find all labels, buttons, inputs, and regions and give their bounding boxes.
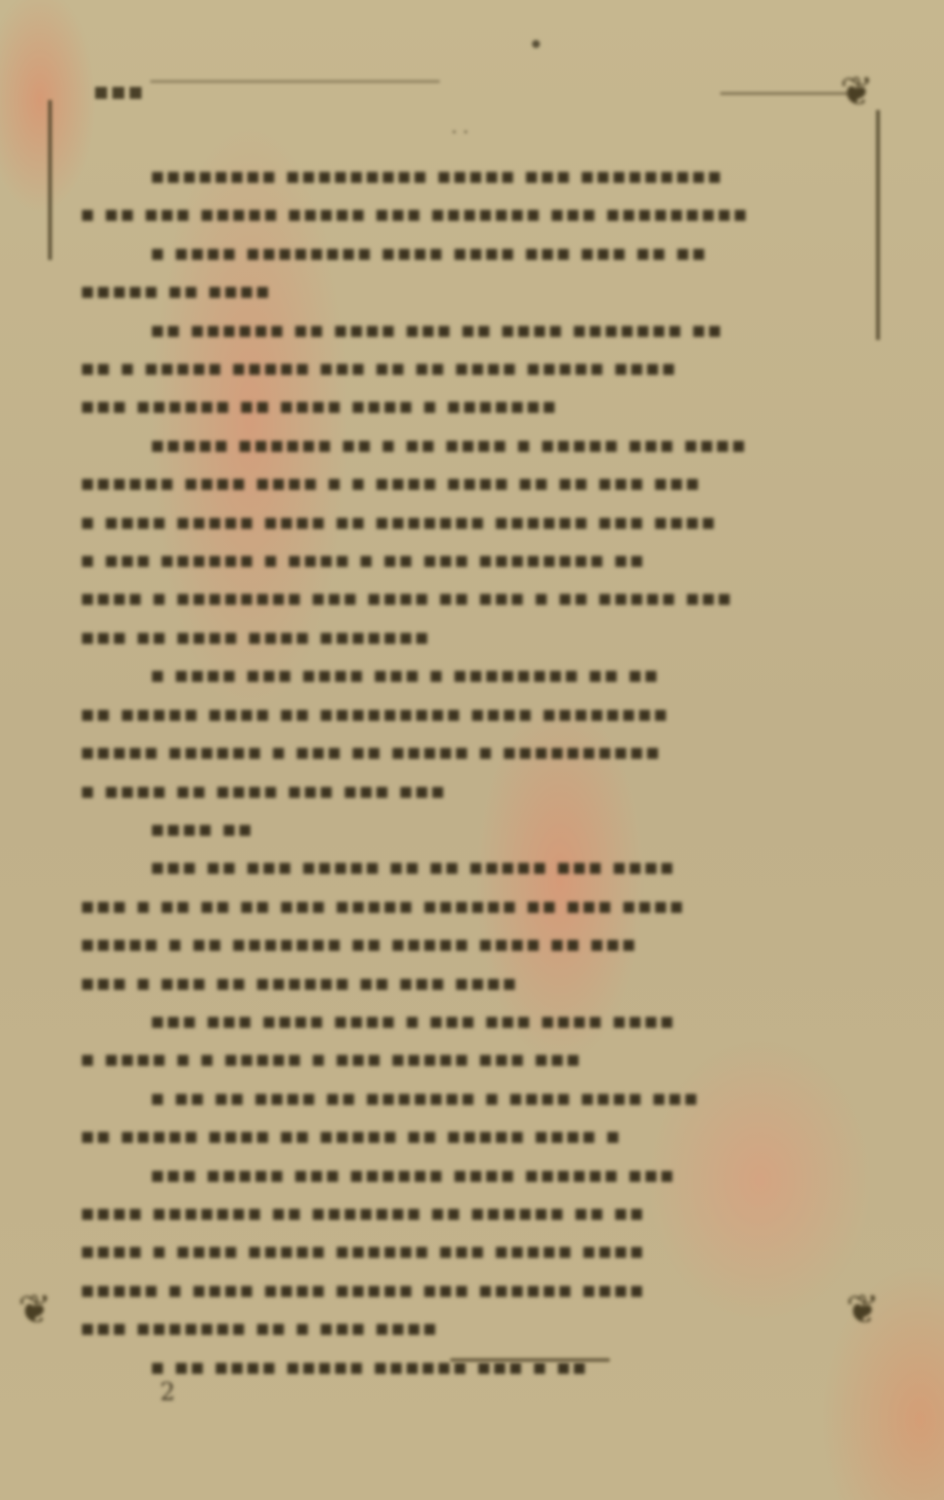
text-line: ▪▪▪▪▪▪▪▪ ▪▪▪▪▪▪▪▪▪ ▪▪▪▪▪ ▪▪▪ ▪▪▪▪▪▪▪▪▪ bbox=[80, 158, 840, 196]
text-line: ▪▪ ▪▪▪▪▪ ▪▪▪▪ ▪▪ ▪▪▪▪▪▪▪▪▪ ▪▪▪▪ ▪▪▪▪▪▪▪▪ bbox=[80, 696, 840, 734]
text-line: ▪▪▪ ▪▪▪▪▪▪▪ ▪▪ ▪ ▪▪▪ ▪▪▪▪ bbox=[80, 1310, 840, 1348]
text-line: ▪▪ ▪▪▪▪▪▪ ▪▪ ▪▪▪▪ ▪▪▪ ▪▪ ▪▪▪▪ ▪▪▪▪▪▪▪ ▪▪ bbox=[80, 312, 840, 350]
text-line: ▪▪▪ ▪▪▪ ▪▪▪▪ ▪▪▪▪ ▪ ▪▪▪ ▪▪▪ ▪▪▪▪ ▪▪▪▪ bbox=[80, 1003, 840, 1041]
text-line: ▪▪▪▪ ▪▪ bbox=[80, 811, 840, 849]
header-rule-left bbox=[150, 80, 440, 83]
text-line: ▪ ▪▪▪ ▪▪▪▪▪▪ ▪ ▪▪▪▪ ▪ ▪▪ ▪▪▪ ▪▪▪▪▪▪▪▪ ▪▪ bbox=[80, 542, 840, 580]
text-line: ▪▪▪ ▪▪▪▪▪▪ ▪▪ ▪▪▪▪ ▪▪▪▪ ▪ ▪▪▪▪▪▪▪ bbox=[80, 388, 840, 426]
section-heading: · · bbox=[400, 122, 520, 143]
text-line: ▪▪▪ ▪▪ ▪▪▪ ▪▪▪▪▪ ▪▪ ▪▪ ▪▪▪▪▪ ▪▪▪ ▪▪▪▪ bbox=[80, 849, 840, 887]
text-line: ▪▪▪▪▪ ▪▪▪▪▪▪ ▪ ▪▪▪ ▪▪ ▪▪▪▪▪ ▪ ▪▪▪▪▪▪▪▪▪▪ bbox=[80, 734, 840, 772]
text-line: ▪ ▪▪▪▪ ▪▪▪▪▪▪▪▪ ▪▪▪▪ ▪▪▪▪ ▪▪▪ ▪▪▪ ▪▪ ▪▪ bbox=[80, 235, 840, 273]
text-line: ▪▪▪▪ ▪▪▪▪▪▪▪ ▪▪ ▪▪▪▪▪▪▪ ▪▪ ▪▪▪▪▪▪ ▪▪ ▪▪ bbox=[80, 1195, 840, 1233]
text-line: ▪▪▪ ▪▪ ▪▪▪▪ ▪▪▪▪ ▪▪▪▪▪▪▪ bbox=[80, 619, 840, 657]
text-line: ▪ ▪▪ ▪▪ ▪▪▪▪ ▪▪ ▪▪▪▪▪▪▪ ▪ ▪▪▪▪ ▪▪▪▪ ▪▪▪ bbox=[80, 1080, 840, 1118]
border-right bbox=[876, 110, 880, 340]
text-line: ▪▪ ▪ ▪▪▪▪▪ ▪▪▪▪▪ ▪▪▪ ▪▪ ▪▪ ▪▪▪▪ ▪▪▪▪▪ ▪▪… bbox=[80, 350, 840, 388]
text-line: ▪▪ ▪▪▪▪▪ ▪▪▪▪ ▪▪ ▪▪▪▪▪ ▪▪ ▪▪▪▪▪ ▪▪▪▪ ▪ bbox=[80, 1118, 840, 1156]
text-line: ▪▪▪▪ ▪ ▪▪▪▪ ▪▪▪▪▪ ▪▪▪▪▪▪ ▪▪▪ ▪▪▪▪▪ ▪▪▪▪ bbox=[80, 1233, 840, 1271]
header-rule-right bbox=[720, 92, 850, 95]
text-line: ▪▪▪▪▪ ▪▪▪▪▪▪ ▪▪ ▪ ▪▪ ▪▪▪▪ ▪ ▪▪▪▪▪ ▪▪▪ ▪▪… bbox=[80, 427, 840, 465]
footer-rule bbox=[450, 1358, 610, 1362]
corner-ornament-icon: ❦ bbox=[846, 1290, 880, 1330]
border-left bbox=[48, 100, 52, 260]
text-line: ▪▪▪ ▪▪▪▪▪ ▪▪▪ ▪▪▪▪▪▪ ▪▪▪▪ ▪▪▪▪▪▪ ▪▪▪ bbox=[80, 1157, 840, 1195]
corner-ornament-icon: ❦ bbox=[18, 1290, 52, 1330]
corner-ornament-icon: ❦ bbox=[840, 72, 874, 112]
page-signature: 2 bbox=[160, 1378, 175, 1406]
text-line: ▪ ▪▪▪▪ ▪ ▪ ▪▪▪▪▪ ▪ ▪▪▪ ▪▪▪▪▪ ▪▪▪ ▪▪▪ bbox=[80, 1041, 840, 1079]
text-line: ▪▪▪▪▪ ▪ ▪▪ ▪▪▪▪▪▪▪ ▪▪ ▪▪▪▪▪ ▪▪▪▪ ▪▪ ▪▪▪ bbox=[80, 926, 840, 964]
text-line: ▪ ▪▪▪▪ ▪▪ ▪▪▪▪ ▪▪▪ ▪▪▪ ▪▪▪ bbox=[80, 773, 840, 811]
top-mark bbox=[532, 40, 540, 48]
text-line: ▪▪▪▪ ▪ ▪▪▪▪▪▪▪▪ ▪▪▪ ▪▪▪▪ ▪▪ ▪▪▪ ▪ ▪▪ ▪▪▪… bbox=[80, 580, 840, 618]
text-line: ▪▪▪▪▪▪ ▪▪▪▪ ▪▪▪▪ ▪ ▪ ▪▪▪▪ ▪▪▪▪ ▪▪ ▪▪ ▪▪▪… bbox=[80, 465, 840, 503]
body-text: ▪▪▪▪▪▪▪▪ ▪▪▪▪▪▪▪▪▪ ▪▪▪▪▪ ▪▪▪ ▪▪▪▪▪▪▪▪▪▪ … bbox=[80, 158, 840, 1387]
text-line: ▪ ▪▪▪▪ ▪▪▪▪▪ ▪▪▪▪ ▪▪ ▪▪▪▪▪▪▪ ▪▪▪▪▪▪ ▪▪▪ … bbox=[80, 504, 840, 542]
text-line: ▪ ▪▪ ▪▪▪▪ ▪▪▪▪▪ ▪▪▪▪▪▪ ▪▪▪ ▪ ▪▪ bbox=[80, 1349, 840, 1387]
text-line: ▪▪▪ ▪ ▪▪ ▪▪ ▪▪ ▪▪▪ ▪▪▪▪▪ ▪▪▪▪▪▪ ▪▪ ▪▪▪ ▪… bbox=[80, 888, 840, 926]
text-line: ▪▪▪ ▪ ▪▪▪ ▪▪ ▪▪▪▪▪▪ ▪▪ ▪▪▪ ▪▪▪▪ bbox=[80, 965, 840, 1003]
text-line: ▪ ▪▪▪▪ ▪▪▪ ▪▪▪▪ ▪▪▪ ▪ ▪▪▪▪▪▪▪▪ ▪▪ ▪▪ bbox=[80, 657, 840, 695]
scanned-page: ▪▪▪ ❦ · · ▪▪▪▪▪▪▪▪ ▪▪▪▪▪▪▪▪▪ ▪▪▪▪▪ ▪▪▪ ▪… bbox=[0, 0, 944, 1500]
text-line: ▪ ▪▪ ▪▪▪ ▪▪▪▪▪ ▪▪▪▪▪ ▪▪▪ ▪▪▪▪▪▪▪ ▪▪▪ ▪▪▪… bbox=[80, 196, 840, 234]
text-line: ▪▪▪▪▪ ▪ ▪▪▪▪ ▪▪▪▪ ▪▪▪▪▪ ▪▪▪ ▪▪▪▪▪▪ ▪▪▪▪ bbox=[80, 1272, 840, 1310]
running-header-folio: ▪▪▪ bbox=[93, 76, 145, 105]
text-line: ▪▪▪▪▪ ▪▪ ▪▪▪▪ bbox=[80, 273, 840, 311]
